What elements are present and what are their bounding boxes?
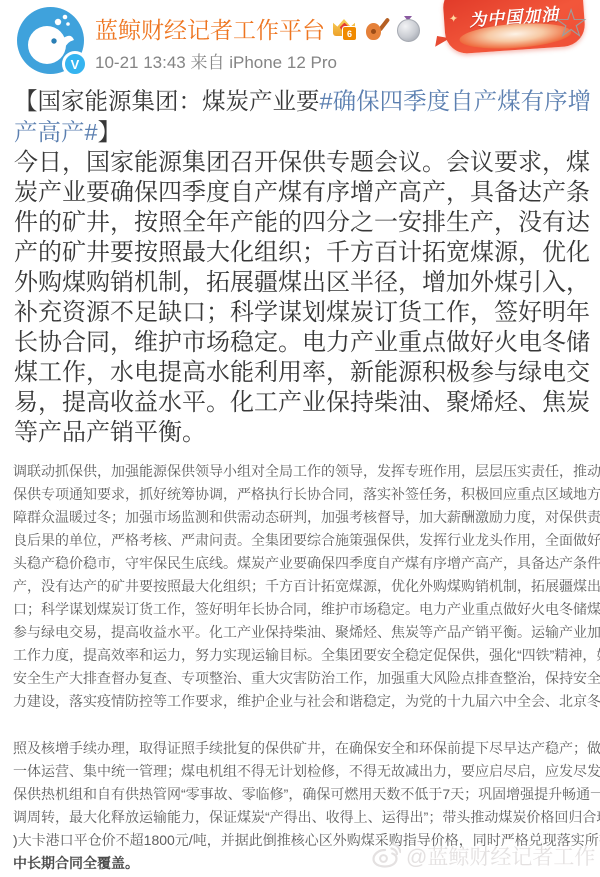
text-line: 安全生产大排查督办复查、专项整治、重大灾害防治工作，加强重大风险点排查整治，保持… [13, 667, 600, 690]
text-line: 一体运营、集中统一管理；煤电机组不得无计划检修，不得无故减出力，要应启尽启，应发… [13, 760, 600, 783]
text-line: 照及核增手续办理，取得证照手续批复的保供矿井，在确保安全和环保前提下尽早达产稳产… [13, 737, 600, 760]
text-line: 产的矿井要按照最大化组织；千方百计拓宽煤源，优化 [14, 238, 600, 268]
hashtag-link[interactable]: 产高产# [14, 119, 98, 145]
medal-badge-icon[interactable] [396, 16, 421, 41]
post-title: 【国家能源集团：煤炭产业要#确保四季度自产煤有序增 产高产#】 [14, 86, 600, 148]
text-line: 产，没有达产的矿井要按照最大化组织；千方百计拓宽煤源，优化外购煤购销机制，拓展疆… [13, 575, 600, 598]
text-line: 保供专项通知要求，抓好统筹协调，严格执行长协合同，落实补签任务，积极回应重点区域… [13, 483, 600, 506]
post-body: 今日，国家能源集团召开保供专题会议。会议要求，煤炭产业要确保四季度自产煤有序增产… [14, 148, 600, 448]
text-line: 外购煤购销机制，拓展疆煤出区半径，增加外煤引入， [14, 268, 600, 298]
text-line: 参与绿电交易，提高收益水平。化工产业保持柴油、聚烯烃、焦炭等产品产销平衡。运输产… [13, 621, 600, 644]
source-label: 来自 iPhone 12 Pro [190, 53, 336, 72]
watermark: @蓝鲸财经记者工作 [371, 841, 595, 871]
medal-circle [397, 19, 420, 42]
title-suffix: 】 [98, 119, 122, 145]
text-line: 件的矿井，按照全年产能的四分之一安排生产，没有达 [14, 208, 600, 238]
guitar-badge-icon[interactable] [364, 16, 389, 41]
text-line: 力建设，落实疫情防控等工作要求，维护企业与社会和谐稳定，为党的十九届六中全会、北… [13, 690, 600, 713]
timestamp: 10-21 13:43 [95, 53, 186, 72]
text-line: 口；科学谋划煤炭订货工作，签好明年长协合同，维护市场稳定。电力产业重点做好火电冬… [13, 598, 600, 621]
username[interactable]: 蓝鲸财经记者工作平台 [95, 12, 325, 45]
user-row: 蓝鲸财经记者工作平台 6 [95, 12, 421, 45]
text-line: 保供热机组和自有供热管网“零事故、零临修”，确保可燃用天数不低于7天；巩固增强提… [13, 783, 600, 806]
post-header: V 蓝鲸财经记者工作平台 6 10-21 13:43 来自 iPhone 12 [0, 0, 600, 84]
title-line: 【国家能源集团：煤炭产业要#确保四季度自产煤有序增 [14, 86, 600, 117]
image-text-paragraph: 调联动抓保供，加强能源保供领导小组对全局工作的领导，发挥专班作用，层层压实责任，… [13, 460, 600, 713]
spark-icon: ✦ [449, 12, 459, 26]
text-line: 易，提高收益水平。化工产业保持柴油、聚烯烃、焦炭 [14, 388, 600, 418]
text-line: 调联动抓保供，加强能源保供领导小组对全局工作的领导，发挥专班作用，层层压实责任，… [13, 460, 600, 483]
text-line: 炭产业要确保四季度自产煤有序增产高产，具备达产条 [14, 178, 600, 208]
vip-crown-badge-icon[interactable]: 6 [332, 16, 357, 41]
text-line: 今日，国家能源集团召开保供专题会议。会议要求，煤 [14, 148, 600, 178]
text-line: 良后果的单位，严格考核、严肃问责。全集团要综合施策强保供，发挥行业龙头作用，全面… [13, 529, 600, 552]
text-line: 头稳产稳价稳市，守牢保民生底线。煤炭产业要确保四季度自产煤有序增产高产，具备达产… [13, 552, 600, 575]
text-line: 长协合同，维护市场稳定。电力产业重点做好火电冬储 [14, 328, 600, 358]
text-line: 调周转，最大化释放运输能力，保证煤炭“产得出、收得上、运得出”；带头推动煤炭价格… [13, 806, 600, 829]
text-line: 障群众温暖过冬；加强市场监测和供需动态研判，加强考核督导，加大薪酬激励力度，对保… [13, 506, 600, 529]
post-meta: 10-21 13:43 来自 iPhone 12 Pro [95, 48, 337, 73]
guitar-hole [371, 29, 376, 34]
text-line: 煤工作，水电提高水能利用率，新能源积极参与绿电交 [14, 358, 600, 388]
text-line: 工作力度，提高效率和运力，努力实现运输目标。全集团要安全稳定促保供，强化“四铁”… [13, 644, 600, 667]
title-prefix: 【国家能源集团：煤炭产业要 [14, 88, 320, 114]
text-line: 补充资源不足缺口；科学谋划煤炭订货工作，签好明年 [14, 298, 600, 328]
verified-badge-icon: V [62, 51, 88, 77]
text-line: 等产品产销平衡。 [14, 418, 600, 448]
watermark-text: @蓝鲸财经记者工作 [406, 841, 595, 871]
favorite-star-button[interactable]: ☆ [553, 4, 589, 44]
post-image[interactable]: 调联动抓保供，加强能源保供领导小组对全局工作的领导，发挥专班作用，层层压实责任，… [13, 460, 600, 875]
weibo-logo-icon [371, 843, 401, 869]
hashtag-link[interactable]: #确保四季度自产煤有序增 [320, 88, 592, 114]
title-line: 产高产#】 [14, 117, 600, 148]
crown-level: 6 [342, 26, 357, 41]
weibo-post-screen: V 蓝鲸财经记者工作平台 6 10-21 13:43 来自 iPhone 12 [0, 0, 600, 877]
avatar[interactable]: V [17, 7, 84, 74]
